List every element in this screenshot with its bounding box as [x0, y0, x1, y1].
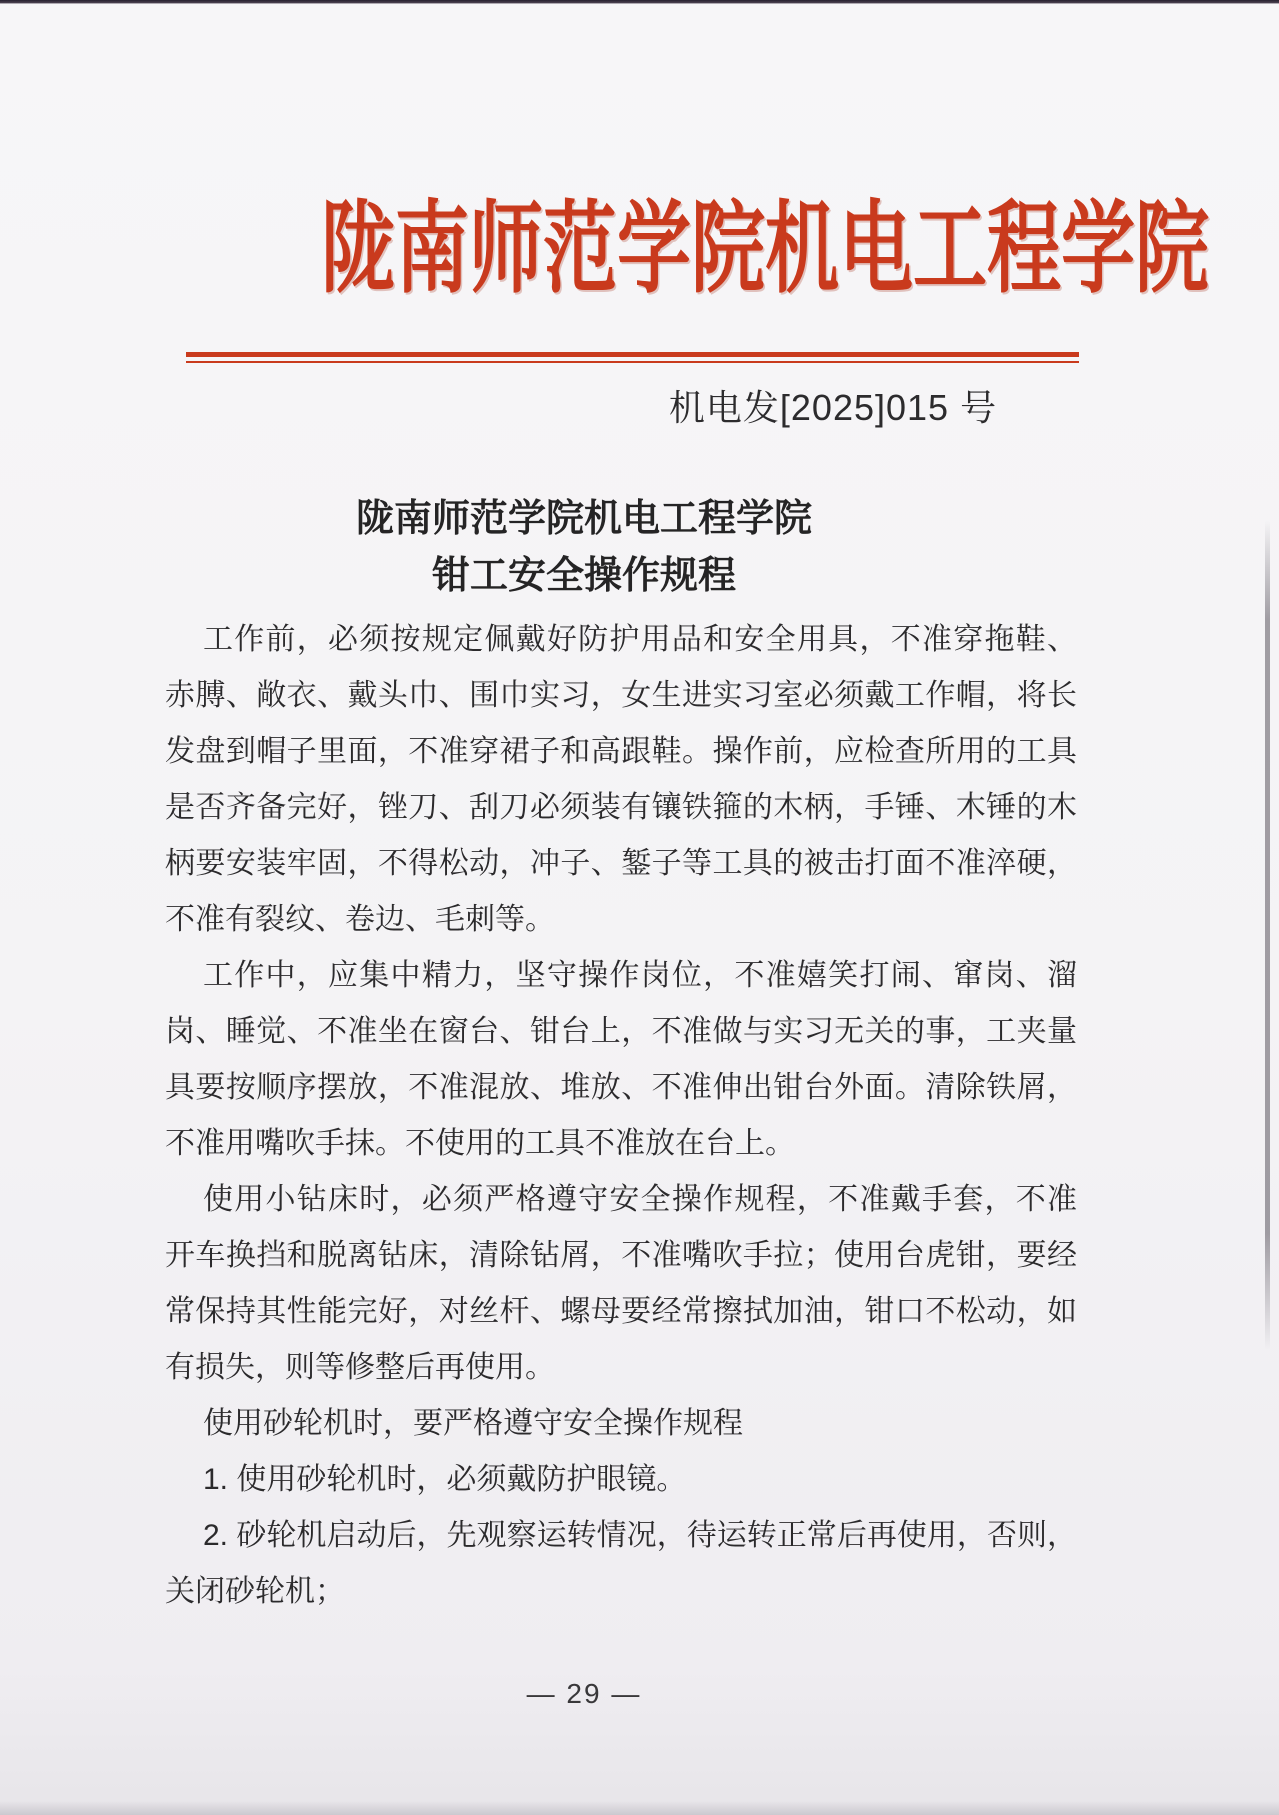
body-line: 使用小钻床时，必须严格遵守安全操作规程，不准戴手套，不准	[165, 1172, 1077, 1228]
body-line: 柄要安装牢固，不得松动，冲子、錾子等工具的被击打面不准淬硬，	[165, 836, 1077, 892]
body-line: 岗、睡觉、不准坐在窗台、钳台上，不准做与实习无关的事，工夹量	[165, 1004, 1077, 1060]
body-line: 关闭砂轮机；	[165, 1564, 1077, 1620]
body-line: 是否齐备完好，锉刀、刮刀必须装有镶铁箍的木柄，手锤、木锤的木	[165, 780, 1077, 836]
photo-edge-right	[1265, 520, 1270, 1350]
body-line: 2. 砂轮机启动后，先观察运转情况，待运转正常后再使用，否则，	[165, 1508, 1077, 1564]
document-number: 机电发[2025]015 号	[165, 386, 1077, 430]
body-line: 不准用嘴吹手抹。不使用的工具不准放在台上。	[165, 1116, 1077, 1172]
body-line: 1. 使用砂轮机时，必须戴防护眼镜。	[165, 1452, 1077, 1508]
page-number-text: — 29 —	[527, 1678, 642, 1709]
letterhead-title: 陇南师范学院机电工程学院	[165, 186, 1077, 314]
body-line: 有损失，则等修整后再使用。	[165, 1340, 1077, 1396]
document-content: 陇南师范学院机电工程学院 机电发[2025]015 号 陇南师范学院机电工程学院…	[165, 0, 1077, 1815]
scanned-document-page: 陇南师范学院机电工程学院 机电发[2025]015 号 陇南师范学院机电工程学院…	[0, 0, 1279, 1815]
body-line: 发盘到帽子里面，不准穿裙子和高跟鞋。操作前，应检查所用的工具	[165, 724, 1077, 780]
letterhead-text: 陇南师范学院机电工程学院	[321, 186, 1209, 314]
document-title-line-2-text: 钳工安全操作规程	[432, 555, 736, 597]
body-line: 使用砂轮机时，要严格遵守安全操作规程	[165, 1396, 1077, 1452]
page-number: — 29 —	[165, 1678, 1077, 1710]
document-number-text: 机电发[2025]015 号	[669, 387, 997, 428]
document-title-line-2: 钳工安全操作规程	[165, 553, 1077, 599]
body-line: 开车换挡和脱离钻床，清除钻屑，不准嘴吹手拉；使用台虎钳，要经	[165, 1228, 1077, 1284]
body-line: 工作前，必须按规定佩戴好防护用品和安全用具，不准穿拖鞋、	[165, 612, 1077, 668]
document-body: 工作前，必须按规定佩戴好防护用品和安全用具，不准穿拖鞋、赤膊、敞衣、戴头巾、围巾…	[165, 612, 1077, 1620]
body-line: 不准有裂纹、卷边、毛刺等。	[165, 892, 1077, 948]
body-line: 赤膊、敞衣、戴头巾、围巾实习，女生进实习室必须戴工作帽，将长	[165, 668, 1077, 724]
letterhead-divider-rule	[186, 352, 1079, 363]
document-title-line-1-text: 陇南师范学院机电工程学院	[356, 498, 812, 540]
body-line: 具要按顺序摆放，不准混放、堆放、不准伸出钳台外面。清除铁屑，	[165, 1060, 1077, 1116]
body-line: 工作中，应集中精力，坚守操作岗位，不准嬉笑打闹、窜岗、溜	[165, 948, 1077, 1004]
body-line: 常保持其性能完好，对丝杆、螺母要经常擦拭加油，钳口不松动，如	[165, 1284, 1077, 1340]
document-title-line-1: 陇南师范学院机电工程学院	[165, 496, 1077, 542]
